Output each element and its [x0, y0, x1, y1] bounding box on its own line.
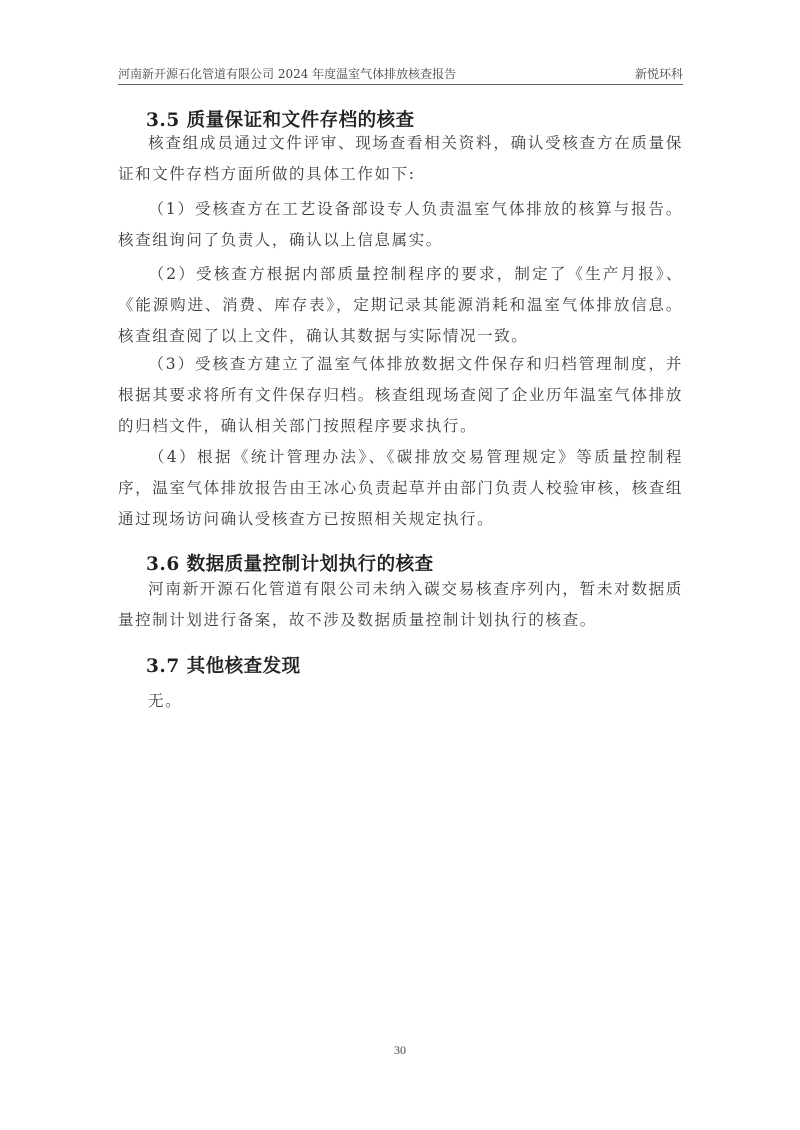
- paragraph-text: 核查组成员通过文件评审、现场查看相关资料，确认受核查方在质量保证和文件存档方面所…: [118, 134, 683, 183]
- paragraph-text: （4）根据《统计管理办法》、《碳排放交易管理规定》等质量控制程序，温室气体排放报…: [118, 448, 683, 528]
- paragraph-item-1: （1）受核查方在工艺设备部设专人负责温室气体排放的核算与报告。核查组询问了负责人…: [118, 194, 683, 256]
- paragraph-text: （1）受核查方在工艺设备部设专人负责温室气体排放的核算与报告。核查组询问了负责人…: [118, 200, 683, 249]
- section-heading-3-7: 3.7 其他核查发现: [146, 652, 301, 678]
- paragraph-item-4: （4）根据《统计管理办法》、《碳排放交易管理规定》等质量控制程序，温室气体排放报…: [118, 442, 683, 535]
- page-header: 河南新开源石化管道有限公司 2024 年度温室气体排放核查报告 新悦环科: [118, 62, 683, 85]
- paragraph-item-2: （2）受核查方根据内部质量控制程序的要求，制定了《生产月报》、《能源购进、消费、…: [118, 259, 683, 352]
- paragraph-item-3: （3）受核查方建立了温室气体排放数据文件保存和归档管理制度，并根据其要求将所有文…: [118, 349, 683, 442]
- page-number: 30: [0, 1043, 800, 1058]
- section-heading-3-6: 3.6 数据质量控制计划执行的核查: [146, 550, 434, 576]
- paragraph-intro: 核查组成员通过文件评审、现场查看相关资料，确认受核查方在质量保证和文件存档方面所…: [118, 128, 683, 190]
- report-title: 河南新开源石化管道有限公司 2024 年度温室气体排放核查报告: [118, 65, 456, 82]
- paragraph-text: （2）受核查方根据内部质量控制程序的要求，制定了《生产月报》、《能源购进、消费、…: [118, 265, 683, 345]
- paragraph-text: 河南新开源石化管道有限公司未纳入碳交易核查序列内，暂未对数据质量控制计划进行备案…: [118, 580, 683, 629]
- paragraph-text: （3）受核查方建立了温室气体排放数据文件保存和归档管理制度，并根据其要求将所有文…: [118, 355, 683, 435]
- paragraph-data-quality: 河南新开源石化管道有限公司未纳入碳交易核查序列内，暂未对数据质量控制计划进行备案…: [118, 574, 683, 636]
- paragraph-other-findings: 无。: [118, 686, 683, 717]
- company-name: 新悦环科: [635, 65, 683, 82]
- paragraph-text: 无。: [148, 692, 182, 710]
